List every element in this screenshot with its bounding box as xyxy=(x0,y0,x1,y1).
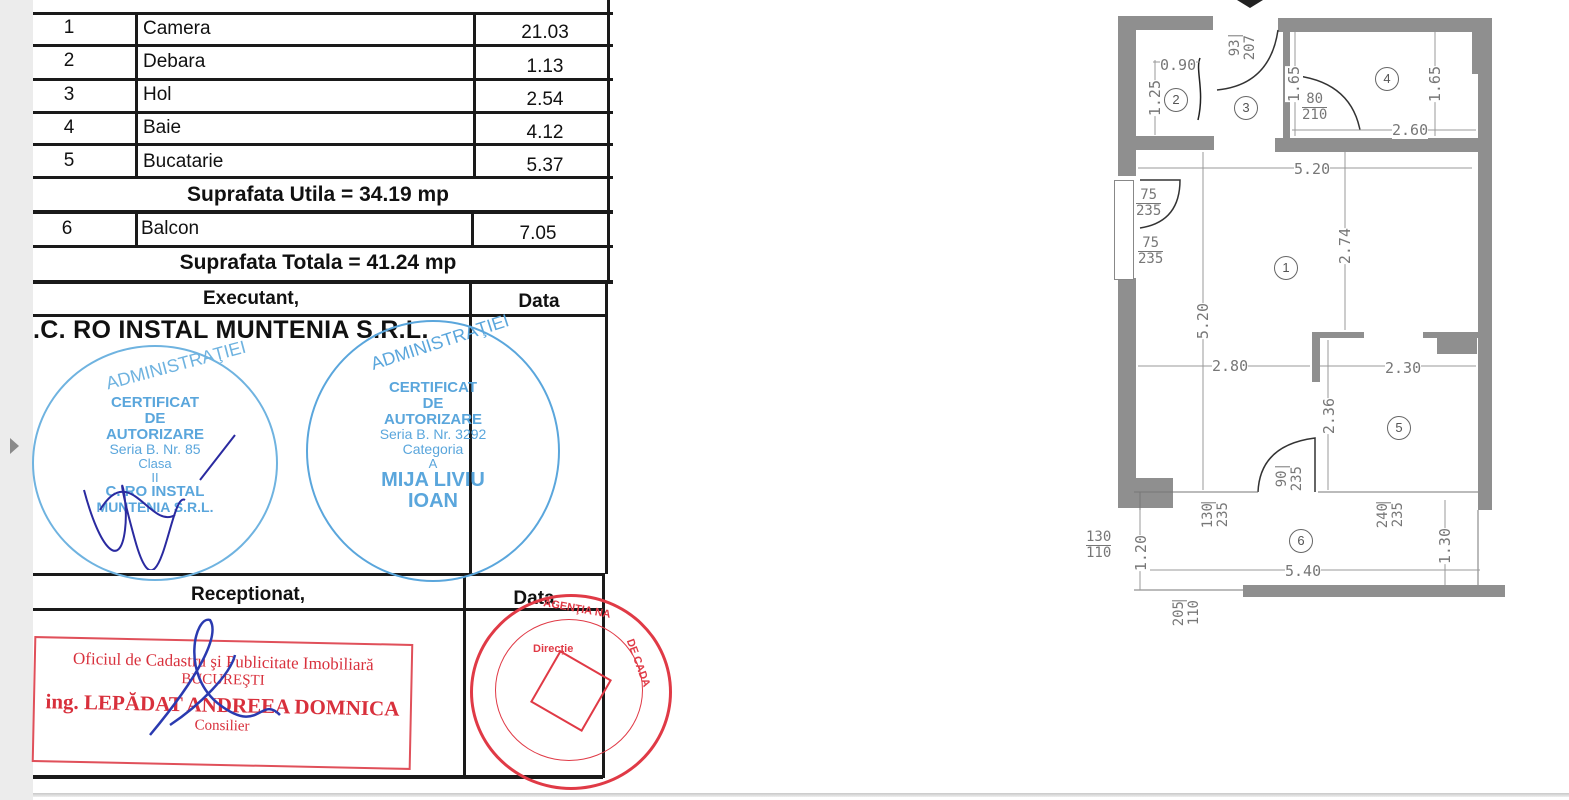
opening-label: 205110 xyxy=(1172,600,1202,626)
floor-plan: 1 2 3 4 5 6 0.90 1.25 1.65 1.65 2.60 5.2… xyxy=(1080,0,1520,640)
dim-label: 2.74 xyxy=(1336,228,1354,264)
seal-center-text: Direcţie xyxy=(533,643,573,655)
dim-label: 5.40 xyxy=(1285,562,1321,580)
row-5-area: 5.37 xyxy=(495,155,595,177)
opening-label: 240235 xyxy=(1376,502,1406,528)
room-number-1: 1 xyxy=(1274,256,1298,280)
dim-label: 2.36 xyxy=(1320,398,1338,434)
viewer-sidebar xyxy=(0,0,33,800)
dim-label: 1.30 xyxy=(1436,528,1454,564)
dim-label: 2.30 xyxy=(1385,359,1421,377)
total-area: Suprafata Totala = 41.24 mp xyxy=(33,251,603,275)
row-3-no: 3 xyxy=(39,84,99,106)
authorization-stamp-right: CERTIFICAT DE AUTORIZARE Seria B. Nr. 32… xyxy=(306,320,560,582)
cadastre-agency-seal: Direcţie AGENŢIA NA DE CADA xyxy=(470,594,672,790)
room-number-4: 4 xyxy=(1375,67,1399,91)
row-1-no: 1 xyxy=(39,17,99,39)
dim-label: 1.20 xyxy=(1132,535,1150,571)
stamp-line: A xyxy=(353,457,513,471)
row-5-no: 5 xyxy=(39,150,99,172)
receptionat-label: Receptionat, xyxy=(33,584,463,606)
opening-label: 75235 xyxy=(1138,236,1163,267)
stamp-line: MIJA LIVIU xyxy=(353,470,513,491)
data-label-executant: Data xyxy=(473,291,605,313)
dim-label: 1.25 xyxy=(1146,80,1164,116)
room-number-3: 3 xyxy=(1234,96,1258,120)
row-2-name: Debara xyxy=(143,51,205,73)
signature-icon xyxy=(80,430,260,570)
opening-label: 130235 xyxy=(1201,502,1231,528)
row-6-area: 7.05 xyxy=(488,223,588,245)
stamp-line: DE xyxy=(75,411,235,427)
opening-label: 75235 xyxy=(1136,188,1161,219)
row-2-area: 1.13 xyxy=(495,56,595,78)
opening-label: 93207 xyxy=(1228,35,1258,60)
dim-label: 5.20 xyxy=(1194,303,1212,339)
opening-label: 130110 xyxy=(1086,530,1111,561)
row-3-area: 2.54 xyxy=(495,89,595,111)
dim-label: 0.90 xyxy=(1160,56,1196,74)
row-1-area: 21.03 xyxy=(495,22,595,44)
row-2-no: 2 xyxy=(39,50,99,72)
expand-panel-arrow-icon[interactable] xyxy=(10,438,19,454)
row-4-no: 4 xyxy=(39,117,99,139)
opening-label: 80210 xyxy=(1302,92,1327,123)
row-5-name: Bucatarie xyxy=(143,151,223,173)
useful-area-total: Suprafata Utila = 34.19 mp xyxy=(33,183,603,207)
stamp-line: AUTORIZARE xyxy=(353,412,513,428)
page-bottom-edge xyxy=(33,793,1569,797)
opening-label: 90235 xyxy=(1275,466,1305,491)
room-number-6: 6 xyxy=(1289,529,1313,553)
row-4-name: Baie xyxy=(143,117,181,139)
signature-icon xyxy=(140,615,300,755)
dim-label: 2.60 xyxy=(1392,121,1428,139)
row-3-name: Hol xyxy=(143,84,172,106)
executant-label: Executant, xyxy=(33,288,469,310)
row-1-name: Camera xyxy=(143,18,211,40)
dim-label: 1.65 xyxy=(1426,66,1444,102)
dim-label: 1.65 xyxy=(1285,66,1303,102)
room-number-2: 2 xyxy=(1164,88,1188,112)
room-number-5: 5 xyxy=(1387,416,1411,440)
dim-label: 2.80 xyxy=(1212,357,1248,375)
stamp-line: Seria B. Nr. 3292 xyxy=(353,427,513,442)
stamp-line: CERTIFICAT xyxy=(75,395,235,411)
row-6-no: 6 xyxy=(37,218,97,240)
stamp-line: DE xyxy=(353,396,513,412)
row-6-name: Balcon xyxy=(141,218,199,240)
stamp-line: IOAN xyxy=(353,491,513,512)
stamp-line: Categoria xyxy=(353,442,513,457)
dim-label: 5.20 xyxy=(1294,160,1330,178)
row-4-area: 4.12 xyxy=(495,122,595,144)
stamp-line: CERTIFICAT xyxy=(353,380,513,396)
